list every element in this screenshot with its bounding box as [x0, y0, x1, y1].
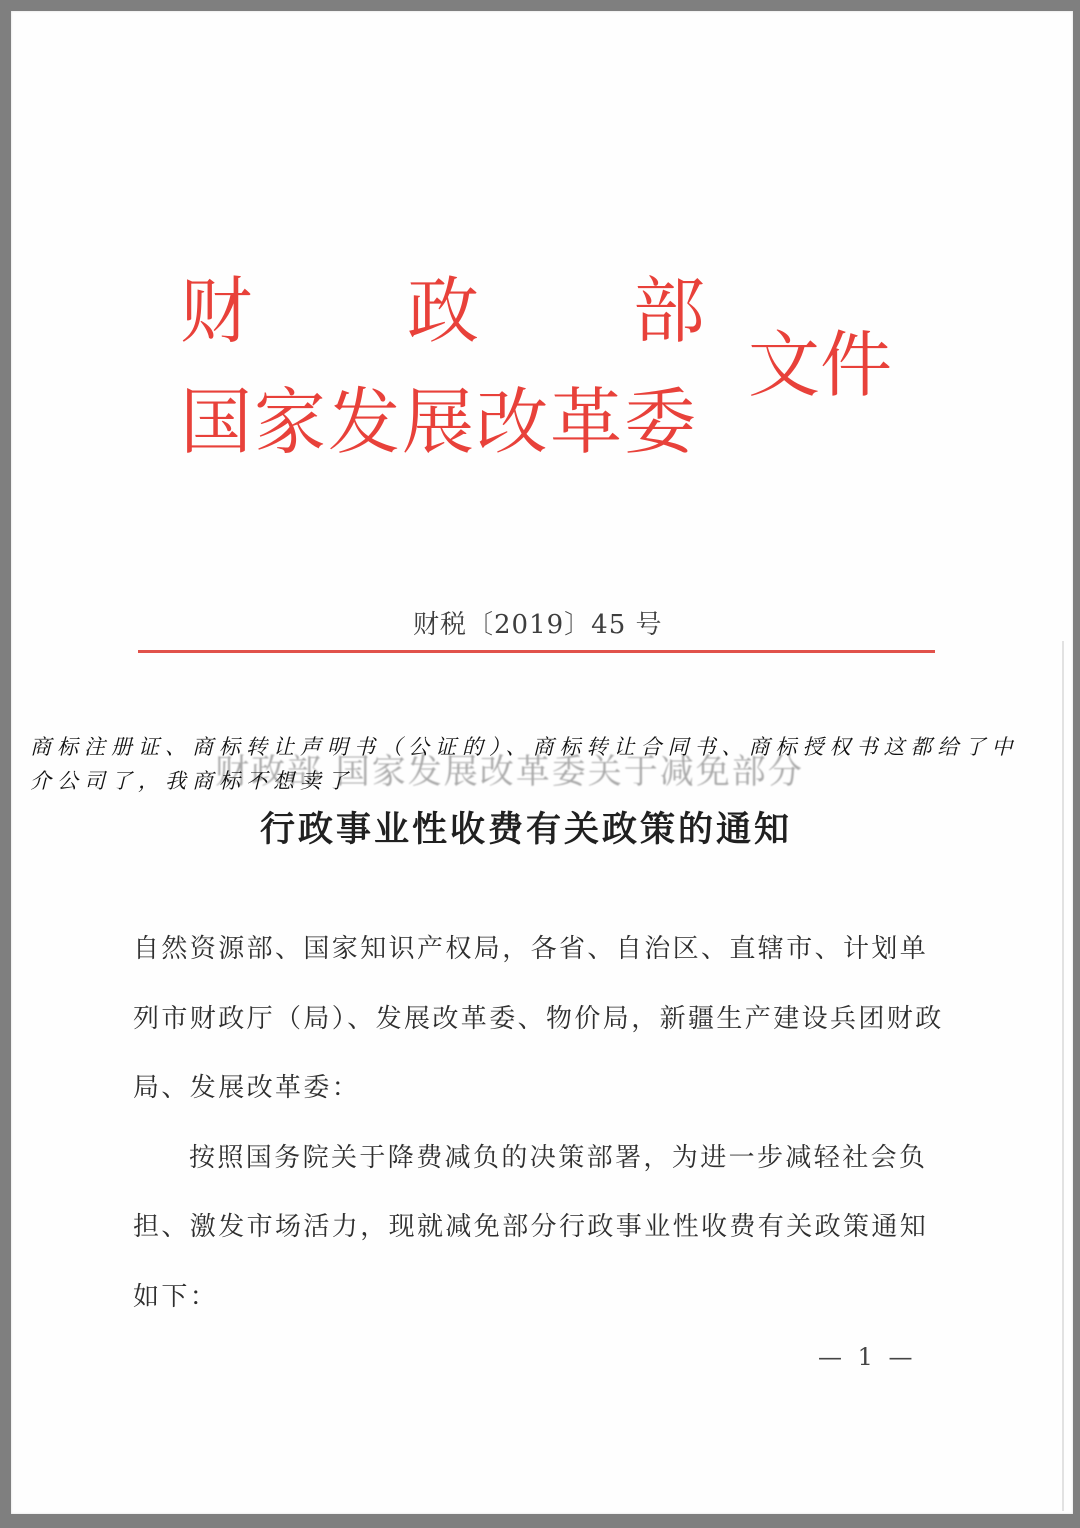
- document-page: 财 政 部 国家发展改革委 文件 财税〔2019〕45 号 财政部 国家发展改革…: [11, 11, 1073, 1514]
- title-line-2: 行政事业性收费有关政策的通知: [260, 809, 792, 851]
- addressee-line: 列市财政厅（局）、发展改革委、物价局，新疆生产建设兵团财政: [133, 1003, 944, 1035]
- scan-artifact-line: [1062, 641, 1064, 1511]
- addressee-line: 局、发展改革委：: [133, 1072, 360, 1104]
- masthead-org2: 国家发展改革委: [180, 384, 698, 460]
- handwritten-line-2: 介公司了，我商标不想卖了: [30, 765, 354, 798]
- masthead-char-cai: 财: [180, 273, 252, 349]
- paragraph-line: 担、激发市场活力，现就减免部分行政事业性收费有关政策通知: [133, 1211, 928, 1243]
- red-divider-rule: [138, 650, 935, 653]
- paragraph-line: 按照国务院关于降费减负的决策部署，为进一步减轻社会负: [189, 1142, 927, 1174]
- masthead-suffix: 文件: [748, 327, 892, 403]
- addressee-line: 自然资源部、国家知识产权局，各省、自治区、直辖市、计划单: [133, 933, 928, 965]
- masthead-char-bu: 部: [633, 273, 705, 349]
- paragraph-line: 如下：: [133, 1281, 218, 1313]
- page-number: — 1 —: [818, 1342, 917, 1372]
- handwritten-line-1: 商标注册证、商标转让声明书（公证的）、商标转让合同书、商标授权书这都给了中: [30, 731, 1019, 764]
- document-number: 财税〔2019〕45 号: [413, 609, 663, 641]
- masthead-char-zheng: 政: [407, 273, 479, 349]
